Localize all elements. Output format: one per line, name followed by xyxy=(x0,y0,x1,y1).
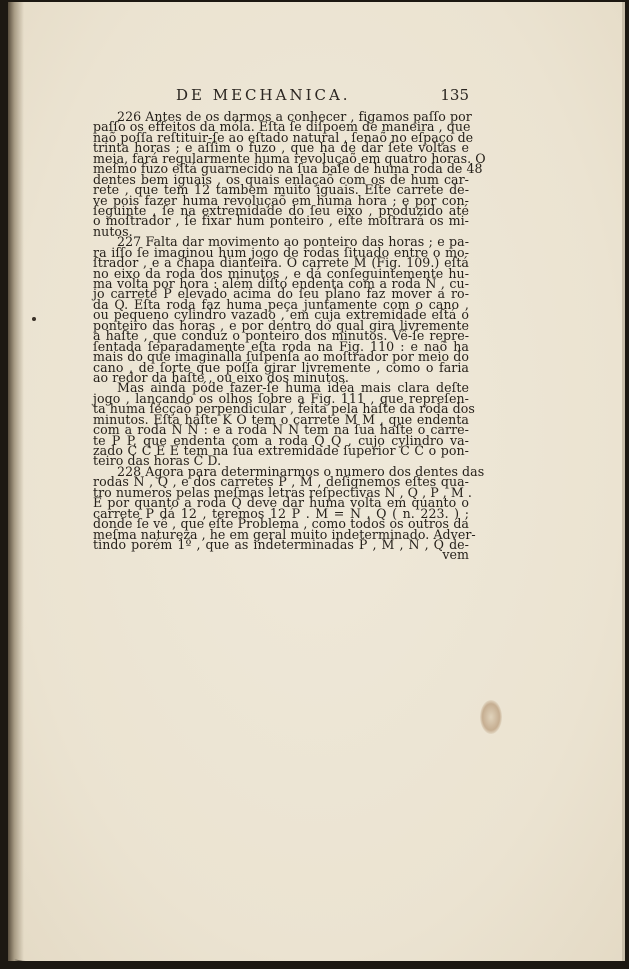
running-head: DE MECHANICA. 135 xyxy=(173,86,469,108)
page-number: 135 xyxy=(440,86,469,104)
text-line: o moſtrador , ſe fixar hum ponteiro , eſ… xyxy=(93,216,469,226)
ink-speck xyxy=(32,317,36,321)
catchword: vem xyxy=(93,550,469,560)
running-title: DE MECHANICA. xyxy=(176,86,351,104)
text-line: tindo porém 1º , que as indeterminadas P… xyxy=(93,540,469,550)
page-edge xyxy=(622,2,625,961)
paper-stain xyxy=(480,700,502,734)
body-text: 226 Antes de os darmos a conhecer , figa… xyxy=(93,112,469,561)
gutter-shadow xyxy=(8,2,24,961)
